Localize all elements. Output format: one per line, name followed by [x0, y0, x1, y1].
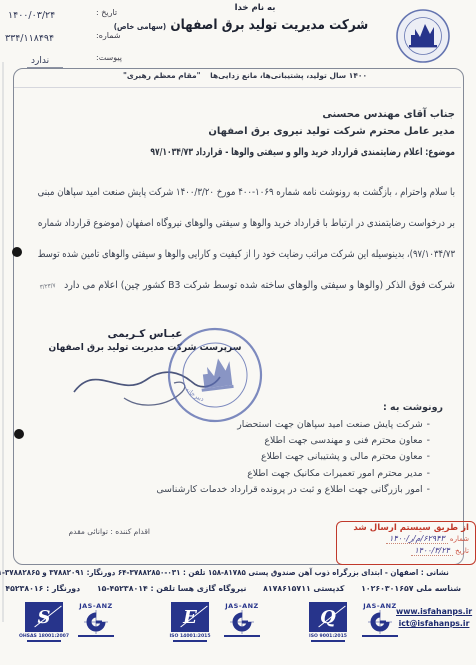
cert-letterbox-wrap: S OHSAS 18001:2007	[24, 602, 64, 648]
sent-number-label: شماره	[450, 535, 469, 543]
letter-body: با سلام واحترام ، بازگشت به رونوشت نامه …	[38, 177, 455, 301]
hesa-plant-fax: دورنگار : ۴۵۲۳۸۰۱۶	[5, 584, 80, 593]
national-id: شناسه ملی ۱۰۲۶۰۳۰۱۶۵۷	[361, 584, 461, 593]
cert-letter: S	[38, 607, 51, 628]
cc-item: -مدیر محترم امور تعمیرات مکانیک جهت اطلا…	[148, 466, 443, 482]
jas-anz-mark-icon	[230, 610, 254, 634]
company-name: شرکت مدیریت تولید برق اصفهان (سهامی خاص)	[142, 17, 368, 33]
svg-text:شرکت مدیریت تولید برق اصفهان: شرکت مدیریت تولید برق اصفهان	[394, 7, 396, 8]
cc-label: رونوشت به :	[148, 402, 443, 413]
company-type: (سهامی خاص)	[114, 22, 166, 31]
cert-bar	[173, 640, 207, 642]
ohsas-logo-icon: S	[25, 602, 63, 632]
cc-dash: -	[427, 468, 430, 479]
cc-item-text: معاون محترم مالی و پشتیبانی جهت اطلاع	[261, 451, 423, 462]
year-slogan: ۱۴۰۰ سال تولید، پشتیبانی‌ها، مانع زدایی‌…	[120, 71, 370, 80]
cc-item-text: مدیر محترم امور تعمیرات مکانیک جهت اطلاع	[247, 468, 422, 479]
jas-underbar	[362, 635, 398, 637]
cc-item-text: شرکت پایش صنعت امید سپاهان جهت استحضار	[237, 419, 422, 430]
sent-number-value: ۶۲۹۴۳/م/ر/۱۴۰۰	[386, 534, 448, 544]
subject-line: موضوع: اعلام رضایتمندی قرارداد خرید والو…	[224, 147, 455, 158]
cert-letterbox-wrap: E ISO 14001:2015	[170, 602, 210, 648]
recipient-title: مدیر عامل محترم شرکت تولید نیروی برق اصف…	[150, 123, 455, 140]
cert-iso9001-group: Q ISO 9001:2015 JAS-ANZ	[308, 602, 408, 648]
cc-item-text: معاون محترم فنی و مهندسی جهت اطلاع	[264, 435, 422, 446]
jas-anz-wrap: JAS-ANZ	[215, 602, 269, 648]
footer-address-line: نشانی : اصفهان - ابتدای بزرگراه ذوب آهن …	[27, 568, 449, 577]
cc-dash: -	[427, 451, 430, 462]
attachment-label: پیوست:	[96, 53, 134, 62]
sent-via-system-stamp: از طریق سیستم ارسال شد شماره ۶۲۹۴۳/م/ر/۱…	[336, 521, 476, 565]
jas-anz-wrap: JAS-ANZ	[69, 602, 123, 648]
body-line-text: شرکت فوق الذکر (والوها و سیفتی والوهای س…	[64, 280, 455, 291]
website-block: www.isfahanps.ir ict@isfahanps.ir	[396, 606, 472, 630]
sent-stamp-number-row: شماره ۶۲۹۴۳/م/ر/۱۴۰۰	[343, 533, 469, 545]
cc-item: -معاون محترم فنی و مهندسی جهت اطلاع	[148, 433, 443, 449]
cert-label: OHSAS 18001:2007	[19, 634, 69, 639]
scan-artifact-line	[2, 62, 4, 622]
body-line: بر درخواست رضایتمندی در ارتباط با قراردا…	[89, 208, 455, 239]
sent-stamp-title: از طریق سیستم ارسال شد	[343, 523, 469, 533]
company-seal-icon: شرکت مدیریت تولید برق اصفهان	[394, 7, 452, 65]
body-line: شرکت فوق الذکر (والوها و سیفتی والوهای س…	[66, 270, 455, 301]
jas-anz-label: JAS-ANZ	[79, 602, 113, 610]
cert-letterbox-wrap: Q ISO 9001:2015	[308, 602, 348, 648]
seal-ring-text: شرکت مدیریت تولید برق اصفهان	[394, 7, 396, 8]
slogan-attribution: "مقام معظم رهبری"	[123, 71, 201, 80]
cert-iso14001-group: E ISO 14001:2015 JAS-ANZ	[170, 602, 270, 648]
cert-bar	[311, 640, 345, 642]
jas-anz-label: JAS-ANZ	[363, 602, 397, 610]
cert-ohsas-group: S OHSAS 18001:2007 JAS-ANZ	[24, 602, 124, 648]
sent-date-value: ۱۴۰۰/۳/۲۴	[411, 546, 452, 556]
bismillah-text: به نام خدا	[180, 3, 330, 13]
slogan-text: ۱۴۰۰ سال تولید، پشتیبانی‌ها، مانع زدایی‌…	[210, 71, 367, 80]
handwritten-ref-note: ۳/۲۳/۷	[38, 270, 57, 303]
company-name-text: شرکت مدیریت تولید برق اصفهان	[170, 17, 368, 33]
cert-letter: E	[183, 607, 197, 628]
hesa-plant-phone: نیروگاه گازی هسا تلفن : ۴۵۲۳۸۰۱۴-۱۵	[97, 584, 247, 593]
jas-underbar	[78, 635, 114, 637]
number-label: شماره:	[96, 31, 134, 40]
hole-punch-dot	[12, 247, 22, 257]
date-value: ۱۴۰۰/۰۳/۲۴	[8, 10, 55, 21]
action-by-line: اقدام کننده : توانائی مقدم	[40, 527, 150, 536]
cc-item-text: امور بازرگانی جهت اطلاع و ثبت در پرونده …	[156, 484, 422, 495]
jas-anz-label: JAS-ANZ	[225, 602, 259, 610]
website-url: www.isfahanps.ir	[396, 606, 472, 618]
body-line: ۹۷/۱۰۳۴/۷۳)، بدینوسیله این شرکت مراتب رض…	[102, 239, 455, 270]
recipient-block: جناب آقای مهندس محسنی مدیر عامل محترم شر…	[150, 106, 455, 158]
number-value: ۳۳۴/۱۱۸۴۹۴	[5, 33, 54, 44]
jas-underbar	[224, 635, 260, 637]
cert-bar	[27, 640, 61, 642]
recipient-name: جناب آقای مهندس محسنی	[150, 106, 455, 123]
hole-punch-dot	[14, 429, 24, 439]
cc-dash: -	[427, 419, 430, 430]
cc-dash: -	[427, 435, 430, 446]
attachment-value: ندارد	[31, 56, 49, 66]
date-label: تاریخ :	[96, 8, 134, 17]
body-line: با سلام واحترام ، بازگشت به رونوشت نامه …	[97, 177, 455, 208]
cc-item: -معاون محترم مالی و پشتیبانی جهت اطلاع	[148, 449, 443, 465]
cc-dash: -	[427, 484, 430, 495]
cc-item: -شرکت پایش صنعت امید سپاهان جهت استحضار	[148, 417, 443, 433]
footer-id-line: شناسه ملی ۱۰۲۶۰۳۰۱۶۵۷ کدپستی ۸۱۷۸۶۱۵۷۱۱ …	[8, 584, 468, 593]
sent-stamp-date-row: تاریخ ۱۴۰۰/۳/۲۴	[343, 545, 469, 557]
cert-label: ISO 14001:2015	[169, 634, 210, 639]
sent-date-label: تاریخ	[455, 547, 469, 555]
jas-anz-mark-icon	[368, 610, 392, 634]
cert-label: ISO 9001:2015	[309, 634, 347, 639]
cc-block: رونوشت به : -شرکت پایش صنعت امید سپاهان …	[148, 402, 443, 498]
email-address: ict@isfahanps.ir	[396, 618, 472, 630]
postal-code: کدپستی ۸۱۷۸۶۱۵۷۱۱	[263, 584, 344, 593]
frame-top-rule	[14, 87, 461, 88]
iso9001-logo-icon: Q	[309, 602, 347, 632]
cc-item: -امور بازرگانی جهت اطلاع و ثبت در پرونده…	[148, 482, 443, 498]
jas-anz-mark-icon	[84, 610, 108, 634]
scanned-letter-page: به نام خدا شرکت مدیریت تولید برق اصفهان …	[0, 0, 476, 665]
iso14001-logo-icon: E	[171, 602, 209, 632]
